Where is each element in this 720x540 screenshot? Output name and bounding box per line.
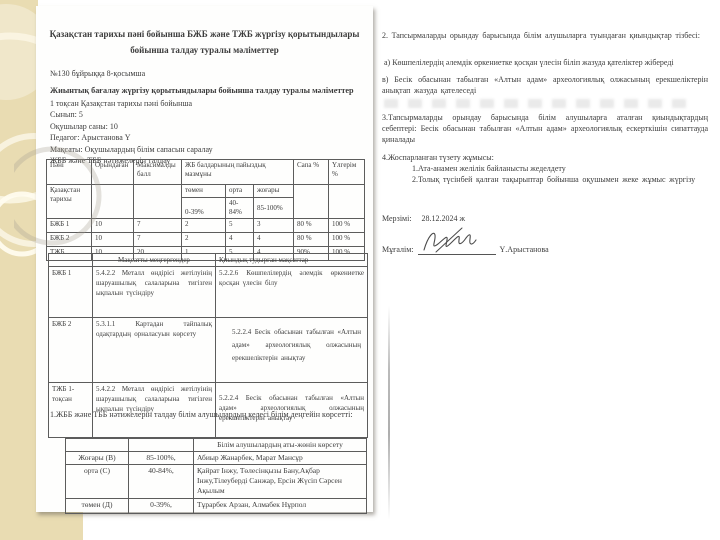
cell-quality: 80 %	[294, 233, 329, 247]
cell-range: 85-100%,	[129, 452, 194, 465]
cell-max: 7	[134, 233, 182, 247]
results-header-row: Пәні Орындаған Максималды балл ЖБ балдар…	[47, 160, 365, 185]
presentation-slide: Қазақстан тарихы пәні бойынша БЖБ және Т…	[0, 0, 720, 540]
col-sa-percent: ЖБ балдарының пайыздық мазмұны	[182, 160, 294, 185]
difficulty-item-a: а) Көшпелілердің әлемдік өркениетке қосқ…	[384, 57, 712, 68]
teacher-name: Ү.Арыстанова	[500, 244, 549, 255]
levels-row-low: төмен (Д) 0-39%, Тұрарбек Арзан, Алмабек…	[66, 499, 367, 514]
cell-low: 2	[182, 233, 226, 247]
cell-level: төмен (Д)	[66, 499, 129, 514]
cell-progress: 100 %	[329, 233, 365, 247]
goals-row-bzb2: БЖБ 2 5.3.1.1 Картадан тайпалық одақтард…	[49, 318, 368, 383]
cell-quality: 80 %	[294, 219, 329, 233]
cell-name: БЖБ 1	[49, 267, 93, 318]
page-fold-line	[388, 306, 390, 520]
cell-names: Тұрарбек Арзан, Алмабек Нұрпол	[194, 499, 367, 514]
cell-name: БЖБ 2	[49, 318, 93, 383]
cell-level: Жоғары (В)	[66, 452, 129, 465]
col-max-score: Максималды балл	[134, 160, 182, 185]
difficulties-list-heading: 2. Тапсырмаларды орындау барысында білім…	[382, 30, 706, 41]
cell-level: орта (С)	[66, 465, 129, 499]
teacher-signature	[418, 228, 496, 255]
cell-empty	[66, 439, 129, 452]
band-mid: орта	[226, 185, 254, 198]
cell-difficult: 5.2.2.6 Көшпелілердің әлемдік өркениетке…	[216, 267, 368, 318]
cell-names: Абиыр Жанарбек, Марат Мансұр	[194, 452, 367, 465]
results-band-row: Қазақстан тарихы төмен орта жоғары	[47, 185, 365, 198]
cell-empty	[329, 185, 365, 219]
cell-empty	[134, 185, 182, 219]
info-line-term: 1 тоқсан Қазақстан тарихы пәні бойынша	[50, 98, 365, 109]
levels-intro: 1.ЖББ және ТББ нәтижелерін талдау білім …	[50, 409, 357, 421]
cell-progress: 100 %	[329, 219, 365, 233]
range-high: 85-100%	[254, 198, 294, 219]
levels-table: Білім алушылардың аты-жөнін көрсету Жоға…	[65, 438, 367, 514]
levels-row-high: Жоғары (В) 85-100%, Абиыр Жанарбек, Мара…	[66, 452, 367, 465]
teacher-label: Мұғалім:	[382, 244, 414, 255]
col-student-names: Білім алушылардың аты-жөнін көрсету	[194, 439, 367, 452]
goals-row-bzb1: БЖБ 1 5.4.2.2 Металл өндірісі жетілуінің…	[49, 267, 368, 318]
results-table: Пәні Орындаған Максималды балл ЖБ балдар…	[46, 159, 365, 261]
range-mid: 40-84%	[226, 198, 254, 219]
cell-empty	[294, 185, 329, 219]
cell-range: 40-84%,	[129, 465, 194, 499]
cell-mid: 4	[226, 233, 254, 247]
correction-plan-heading: 4.Жоспарланған түзету жұмысы:	[382, 152, 494, 163]
cell-low: 2	[182, 219, 226, 233]
cell-difficult: 5.2.2.4 Бесік обасынан табылған «Алтын а…	[216, 318, 368, 383]
levels-header-row: Білім алушылардың аты-жөнін көрсету	[66, 439, 367, 452]
col-difficult: Қиындық тудырған мақсаттар	[216, 254, 368, 267]
cell-mastered: 5.4.2.2 Металл өндірісі жетілуінің шаруа…	[93, 267, 216, 318]
info-line-grade: Сынып: 5	[50, 109, 365, 120]
appendix-note: №130 бұйрыққа 8-қосымша	[50, 69, 145, 78]
range-low: 0-39%	[182, 198, 226, 219]
date-value: 28.12.2024 ж	[422, 214, 466, 223]
correction-item-1: 1.Ата-анамен желілік байланысты жеделдет…	[412, 163, 566, 174]
cell-empty	[129, 439, 194, 452]
bleed-through-text	[384, 99, 690, 108]
info-line-teacher: Педагог: Арыстанова Ү	[50, 132, 365, 143]
results-row-bzb2: БЖБ 2 10 7 2 4 4 80 % 100 %	[47, 233, 365, 247]
info-line-goal: Мақсаты: Оқушылардың білім сапасын сарал…	[50, 144, 365, 155]
cell-names: Қайрат Інжу, Төлесінқызы Бану,Ақбар Інжу…	[194, 465, 367, 499]
cell-max: 7	[134, 219, 182, 233]
cell-name: БЖБ 2	[47, 233, 92, 247]
col-progress: Үлгерім %	[329, 160, 365, 185]
col-completed: Орындаған	[92, 160, 134, 185]
signature-scribble	[422, 226, 486, 256]
cell-mastered: 5.3.1.1 Картадан тайпалық одақтардың орн…	[93, 318, 216, 383]
cell-completed: 10	[92, 233, 134, 247]
date-line: Мерзімі:28.12.2024 ж	[382, 213, 465, 224]
goals-header-row: Мақсатты меңгергендер Қиындық тудырған м…	[49, 254, 368, 267]
report-info-block: 1 тоқсан Қазақстан тарихы пәні бойынша С…	[50, 98, 365, 166]
cell-completed: 10	[92, 219, 134, 233]
page-title: Қазақстан тарихы пәні бойынша БЖБ және Т…	[48, 26, 361, 58]
difficulty-item-b: в) Бесік обасынан табылған «Алтын адам» …	[382, 74, 708, 96]
info-line-students: Оқушылар саны: 10	[50, 121, 365, 132]
reasons-paragraph: 3.Тапсырмаларды орындау барысында білім …	[382, 112, 708, 145]
correction-item-2: 2.Толық түсінбей қалған тақырыптар бойын…	[412, 174, 700, 185]
band-low: төмен	[182, 185, 226, 198]
col-quality: Сапа %	[294, 160, 329, 185]
cell-range: 0-39%,	[129, 499, 194, 514]
teacher-line: Мұғалім: Ү.Арыстанова	[382, 228, 549, 255]
col-mastered: Мақсатты меңгергендер	[93, 254, 216, 267]
cell-high: 4	[254, 233, 294, 247]
date-label: Мерзімі:	[382, 214, 412, 223]
band-high: жоғары	[254, 185, 294, 198]
cell-empty	[92, 185, 134, 219]
results-row-bzb1: БЖБ 1 10 7 2 5 3 80 % 100 %	[47, 219, 365, 233]
cell-high: 3	[254, 219, 294, 233]
scanned-page-left: Қазақстан тарихы пәні бойынша БЖБ және Т…	[36, 6, 373, 512]
scanned-page-right: 2. Тапсырмаларды орындау барысында білім…	[382, 0, 712, 540]
cell-name: БЖБ 1	[47, 219, 92, 233]
cell-mid: 5	[226, 219, 254, 233]
col-subject: Пәні	[47, 160, 92, 185]
cell-empty	[49, 254, 93, 267]
levels-row-mid: орта (С) 40-84%, Қайрат Інжу, Төлесінқыз…	[66, 465, 367, 499]
cell-subject-name: Қазақстан тарихы	[47, 185, 92, 219]
report-subtitle: Жиынтық бағалау жүргізу қорытындылары бо…	[50, 86, 369, 95]
